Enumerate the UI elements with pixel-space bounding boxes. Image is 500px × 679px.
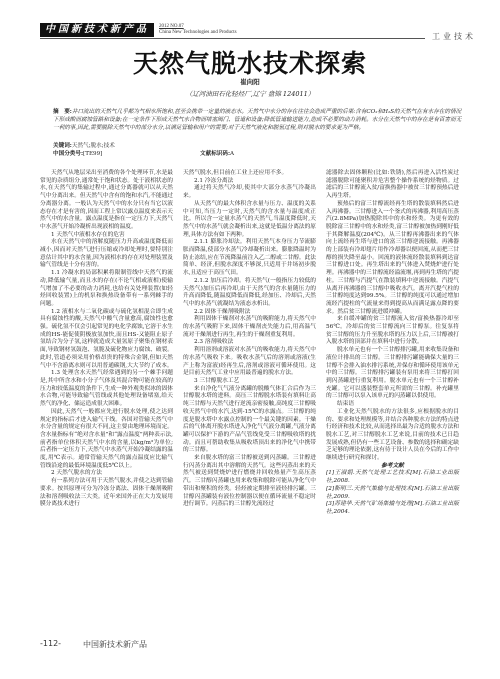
paragraph-continued: 天然气脱水,但目前在工业上还应用不多。 — [183, 170, 316, 178]
paragraph: 从天然气的最大体积含水量与压力、温度的关系中可知,当压力一定时,天然气的含水量与… — [183, 201, 316, 240]
footer-journal-name: 中国新技术新产品 — [83, 639, 147, 650]
paragraph: 水在天然气中的溶解度随压力升高或温度降低而减小,因而对天然气进行压缩或冷却处理时… — [40, 239, 173, 270]
section-tag: 工业技术 — [432, 31, 476, 42]
paragraph: 1.2 液相水与二氧化碳或与硫化氢相混合即生成具有腐蚀性的酸,天然气中酸气含量愈… — [40, 309, 173, 371]
section-heading: 3 三甘醇脱水工艺 — [183, 378, 316, 386]
journal-meta: 2012 NO.07 China New Technologies and Pr… — [159, 24, 237, 36]
affiliation: （辽河油田石化轻烃厂,辽宁 盘锦 124011） — [0, 89, 500, 98]
paragraph: 2.1.2 加压后冷却。将天然气(一般指压力较低的天然气)加压后再冷却,由于天然… — [183, 278, 316, 309]
reference-item: [1]王淑娟.天然气处理工艺技术[M].石油工业出版社,2008. — [326, 470, 459, 485]
reference-item: [2]靳明三.天然气集输与处理技术[M].石油工业出版社,2009. — [326, 486, 459, 501]
section-heading: 结束语 — [326, 401, 459, 409]
paragraph: 因此,天然气一般都应先进行脱水处理,使之达到规定的指标后才进入输气干线。各国对管… — [40, 409, 173, 471]
page-number: -112- — [40, 639, 61, 650]
abstract-label: 摘 要: — [53, 109, 72, 115]
paragraph-continued: 滤器除去固体颗粒(比如:铁锈),然后再进入活性炭过滤器脱除可能聚积并危害整个操作… — [326, 170, 459, 201]
column-right: 滤器除去固体颗粒(比如:铁锈),然后再进入活性炭过滤器脱除可能聚积并危害整个操作… — [326, 170, 459, 517]
abstract-text: 井口流出的天然气几乎都为气相水所饱和,甚至会携带一定量的液态水。天然气中水分的存… — [53, 109, 461, 131]
journal-english-name: China New Technologies and Products — [159, 30, 237, 36]
paragraph: 1.1 冷凝水的局部积累将限制管线中天然气的流动,降低输气量,而且水的存在(不论… — [40, 270, 173, 309]
doc-code-value: A — [230, 151, 234, 157]
classification-number: 中国分类号:[TE99] — [53, 149, 102, 157]
paragraph: 来自净化气气液分离罐的脱酸气体汇合后作为三甘醇脱水塔的进料。高压三甘醇脱水塔装有… — [183, 386, 316, 455]
abstract: 摘 要:井口流出的天然气几乎都为气相水所饱和,甚至会携带一定量的液态水。天然气中… — [53, 109, 463, 132]
author: 崔向阳 — [0, 77, 500, 86]
journal-logo: 中国新技术新产品 — [40, 23, 154, 37]
paragraph: 利用固体干燥剂对水蒸气的吸附能力,将天然气中的水蒸气吸附下来,固体干燥剂丧失能力… — [183, 316, 316, 339]
paragraph: 1.3 处理含水天然气经常遇到的另一个棘手问题是,其中所含水和小分子气体及其混合… — [40, 370, 173, 409]
clc-value: [TE99] — [83, 151, 102, 157]
header-rule — [40, 38, 425, 39]
paragraph: 利用溶剂或溶液对水蒸气的吸收能力,将天然气中的水蒸气吸收下来。吸收水蒸气后的溶剂… — [183, 347, 316, 378]
masthead: 中国新技术新产品 2012 NO.07 China New Technologi… — [40, 23, 237, 37]
section-heading: 2 天然气脱水的方法 — [40, 470, 173, 478]
paragraph: 工业化天然气脱水的方法很多,应根据脱水的目的、要求和处理规模等,并结合各种脱水方… — [326, 409, 459, 463]
reference-item: [3]苏建华.天然气矿场集输与处理[M].石油工业出版社,2004. — [326, 501, 459, 516]
body-columns: 天然气从地层采出至消费的各个处理环节,水是最常见的杂质组分,通常处于饱和状态。处… — [40, 170, 460, 517]
paragraph: 通过将天然气冷却,使其中大部分水蒸气冷凝出来。 — [183, 185, 316, 200]
column-left: 天然气从地层采出至消费的各个处理环节,水是最常见的杂质组分,通常处于饱和状态。处… — [40, 170, 173, 517]
paragraph: 脱水单元也有一个三甘醇排污罐,用来收集设备和液位计排出的三甘醇。三甘醇排污罐能确… — [326, 347, 459, 401]
paragraph: 预热后的富三甘醇流经再生塔的散装填料然后进入再沸器。三甘醇进入一个釜式的再沸器,… — [326, 201, 459, 317]
column-middle: 天然气脱水,但目前在工业上还应用不多。2.1 冷冻分离法通过将天然气冷却,使其中… — [183, 170, 316, 517]
paragraph: 有一系列方法可用于天然气脱水,并使之达到管输要求。按其原理可分为冷冻分离法、固体… — [40, 478, 173, 509]
paragraph: 来自脱水塔的富三甘醇被送到闪蒸罐。三甘醇进行闪蒸分离出其中溶解的天然气。这些闪蒸… — [183, 455, 316, 509]
doc-code-label: 文献标识码: — [200, 151, 230, 157]
document-code: 文献标识码:A — [200, 149, 234, 157]
paragraph: 2.1.1 膨胀冷却法。利用天然气本身压力节流膨胀而降温,使部分水蒸气冷却凝析出… — [183, 239, 316, 278]
clc-label: 中国分类号: — [53, 151, 83, 157]
page-footer: -112- 中国新技术新产品 — [40, 639, 147, 650]
paragraph: 来自缓冲罐的贫三甘醇流入贫/富换热器冷却至56℃。冷却后的贫三甘醇流向三甘醇泵。… — [326, 316, 459, 347]
keywords: 关键词:天然气;脱水;技术 — [53, 141, 115, 149]
paragraph: 天然气从地层采出至消费的各个处理环节,水是最常见的杂质组分,通常处于饱和状态。处… — [40, 170, 173, 232]
article-title: 天然气脱水技术探索 — [0, 44, 500, 80]
